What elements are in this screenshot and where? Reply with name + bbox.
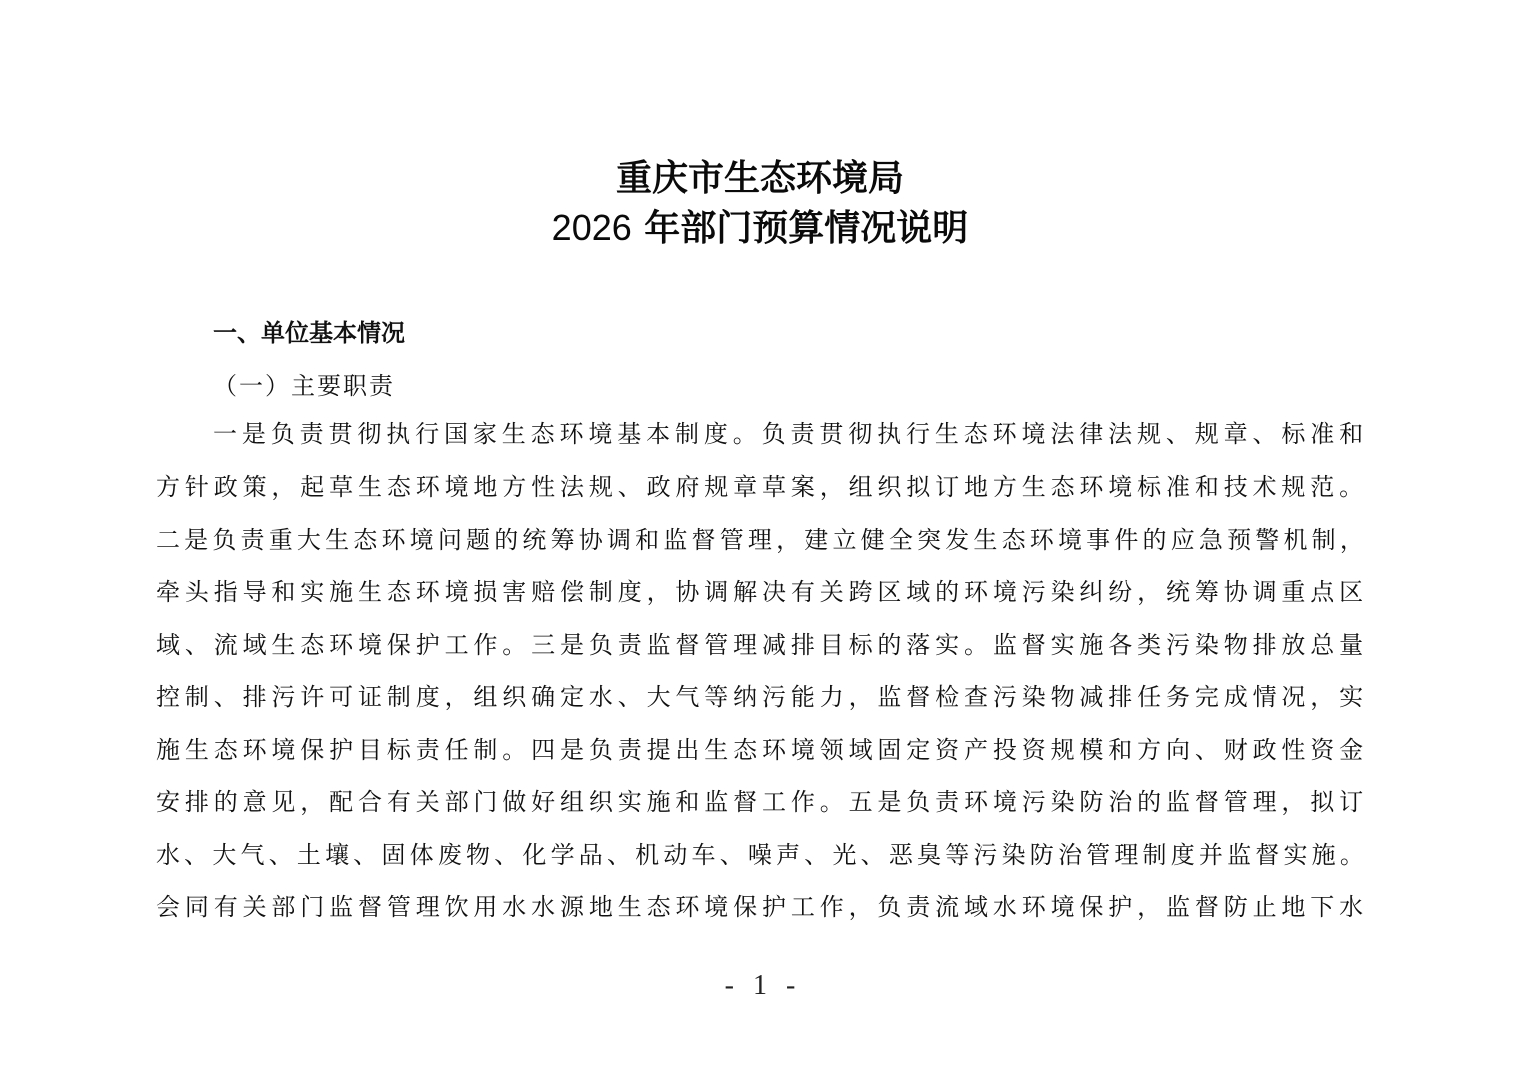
body-line-2: 方针政策，起草生态环境地方性法规、政府规章草案，组织拟订地方生态环境标准和技术规… xyxy=(156,471,1368,503)
body-line-7: 施生态环境保护目标责任制。四是负责提出生态环境领域固定资产投资规模和方向、财政性… xyxy=(156,734,1368,766)
page-number: - 1 - xyxy=(0,970,1520,1002)
document-page: 重庆市生态环境局 2026 年部门预算情况说明 一、单位基本情况 （一）主要职责… xyxy=(0,0,1520,1074)
title-year: 2026 xyxy=(552,207,632,248)
body-line-6: 控制、排污许可证制度，组织确定水、大气等纳污能力，监督检查污染物减排任务完成情况… xyxy=(156,681,1368,713)
section-heading: 一、单位基本情况 xyxy=(213,313,405,348)
document-title-line1: 重庆市生态环境局 xyxy=(0,150,1520,201)
title-rest: 年部门预算情况说明 xyxy=(632,207,969,249)
body-line-1: 一是负责贯彻执行国家生态环境基本制度。负责贯彻执行生态环境法律法规、规章、标准和 xyxy=(213,418,1368,450)
document-title-line2: 2026 年部门预算情况说明 xyxy=(0,200,1520,251)
body-line-10: 会同有关部门监督管理饮用水水源地生态环境保护工作，负责流域水环境保护，监督防止地… xyxy=(156,891,1368,923)
subsection-heading: （一）主要职责 xyxy=(213,366,395,401)
body-line-5: 域、流域生态环境保护工作。三是负责监督管理减排目标的落实。监督实施各类污染物排放… xyxy=(156,629,1368,661)
body-line-4: 牵头指导和实施生态环境损害赔偿制度，协调解决有关跨区域的环境污染纠纷，统筹协调重… xyxy=(156,576,1368,608)
body-line-3: 二是负责重大生态环境问题的统筹协调和监督管理，建立健全突发生态环境事件的应急预警… xyxy=(156,524,1368,556)
body-line-9: 水、大气、土壤、固体废物、化学品、机动车、噪声、光、恶臭等污染防治管理制度并监督… xyxy=(156,839,1368,871)
body-line-8: 安排的意见，配合有关部门做好组织实施和监督工作。五是负责环境污染防治的监督管理，… xyxy=(156,786,1368,818)
